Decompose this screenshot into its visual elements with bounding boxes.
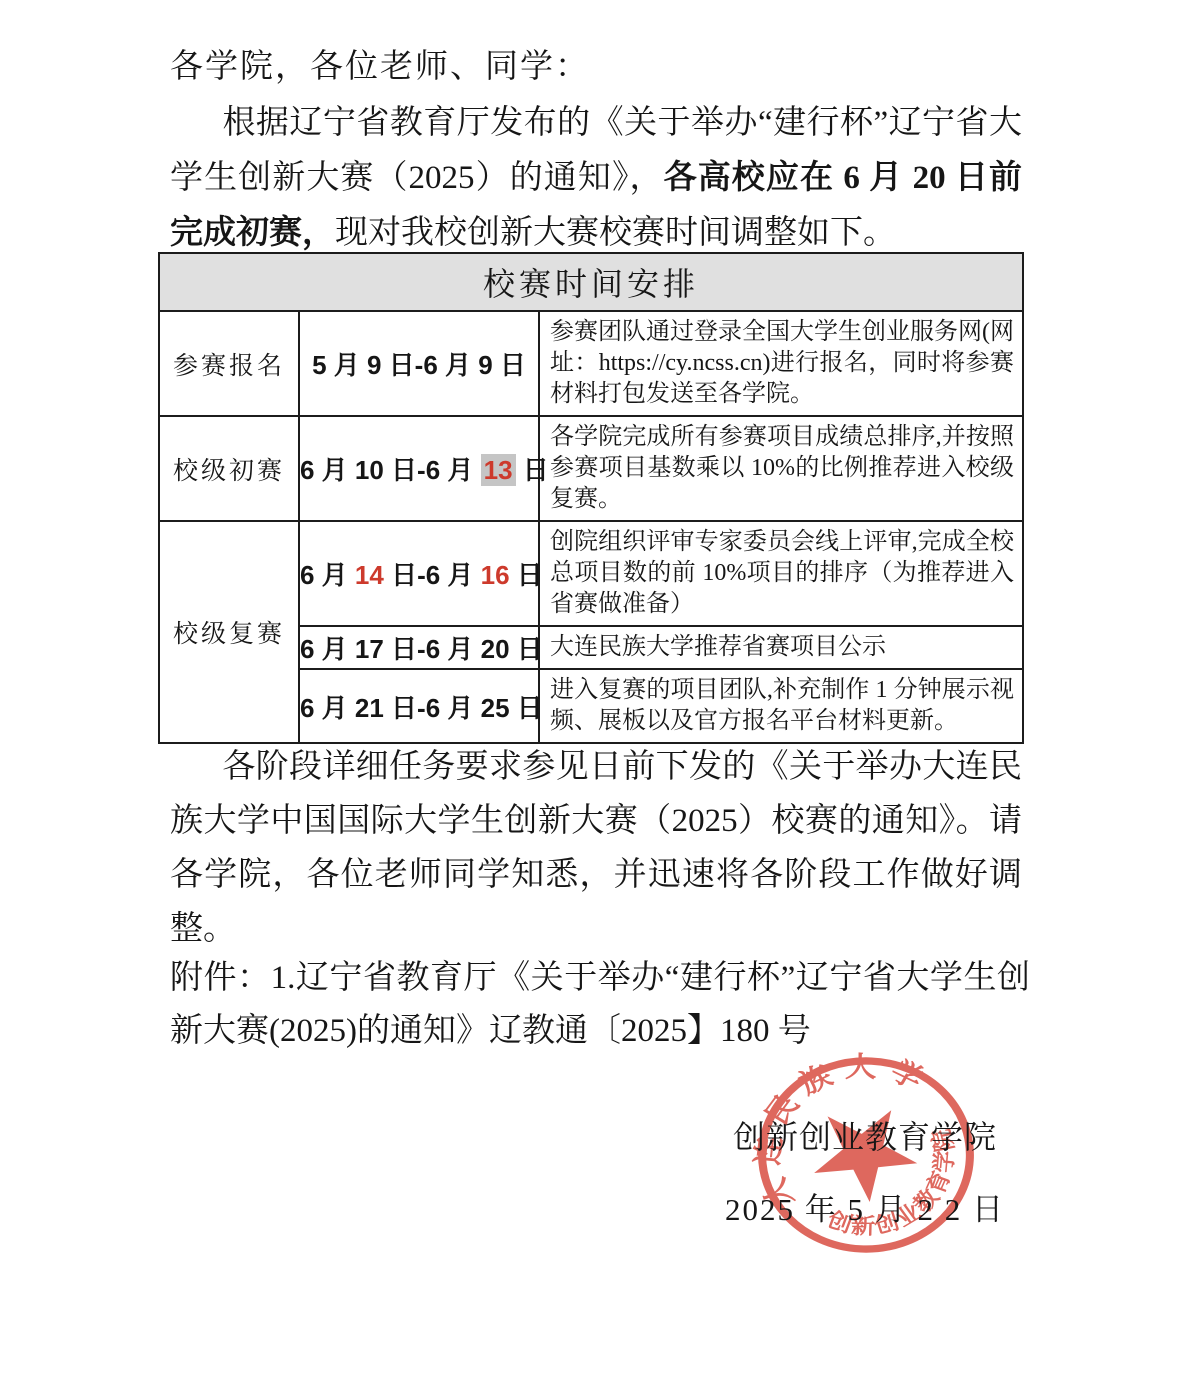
date-semifinal-review: 6 月 14 日-6 月 16 日 (299, 521, 539, 626)
desc-materials: 进入复赛的项目团队,补充制作 1 分钟展示视频、展板以及官方报名平台材料更新。 (539, 669, 1023, 743)
stage-preliminary: 校级初赛 (159, 416, 299, 521)
intro-paragraph: 根据辽宁省教育厅发布的《关于举办“建行杯”辽宁省大学生创新大赛（2025）的通知… (170, 96, 1022, 261)
desc-registration: 参赛团队通过登录全国大学生创业服务网(网址：https://cy.ncss.cn… (539, 311, 1023, 416)
date-text: 日 (510, 560, 543, 590)
signature-org: 创新创业教育学院 (700, 1112, 1030, 1158)
attachment-line: 附件：1.辽宁省教育厅《关于举办“建行杯”辽宁省大学生创新大赛(2025)的通知… (170, 952, 1030, 1058)
date-text: 6 月 10 日-6 月 (300, 455, 481, 485)
intro-text-normal-2: 现对我校创新大赛校赛时间调整如下。 (335, 215, 896, 251)
date-text: 日-6 月 (384, 560, 481, 590)
date-red-14: 14 (355, 560, 384, 590)
table-title: 校赛时间安排 (159, 253, 1023, 311)
date-red-16: 16 (481, 560, 510, 590)
date-registration: 5 月 9 日-6 月 9 日 (299, 311, 539, 416)
signature-date: 2025 年 5 月 2 2 日 (700, 1184, 1030, 1229)
date-publicity: 6 月 17 日-6 月 20 日 (299, 626, 539, 669)
desc-semifinal-review: 创院组织评审专家委员会线上评审,完成全校总项目数的前 10%项目的排序（为推荐进… (539, 521, 1023, 626)
table-header-row: 校赛时间安排 (159, 253, 1023, 311)
signature-block: 创新创业教育学院 2025 年 5 月 2 2 日 (700, 1112, 1030, 1229)
stage-semifinal: 校级复赛 (159, 521, 299, 743)
date-text: 6 月 (300, 560, 355, 590)
table-row: 参赛报名 5 月 9 日-6 月 9 日 参赛团队通过登录全国大学生创业服务网(… (159, 311, 1023, 416)
notice-document: 各学院，各位老师、同学： 根据辽宁省教育厅发布的《关于举办“建行杯”辽宁省大学生… (0, 0, 1179, 1388)
detail-text: 各阶段详细任务要求参见日前下发的《关于举办大连民族大学中国国际大学生创新大赛（2… (170, 749, 1022, 947)
date-preliminary: 6 月 10 日-6 月 13 日 (299, 416, 539, 521)
stage-registration: 参赛报名 (159, 311, 299, 416)
desc-publicity: 大连民族大学推荐省赛项目公示 (539, 626, 1023, 669)
detail-paragraph: 各阶段详细任务要求参见日前下发的《关于举办大连民族大学中国国际大学生创新大赛（2… (170, 740, 1022, 956)
date-text: 日 (516, 455, 549, 485)
date-materials: 6 月 21 日-6 月 25 日 (299, 669, 539, 743)
greeting-line: 各学院，各位老师、同学： (170, 40, 1030, 87)
desc-preliminary: 各学院完成所有参赛项目成绩总排序,并按照参赛项目基数乘以 10%的比例推荐进入校… (539, 416, 1023, 521)
schedule-table: 校赛时间安排 参赛报名 5 月 9 日-6 月 9 日 参赛团队通过登录全国大学… (158, 252, 1024, 744)
table-row: 校级复赛 6 月 14 日-6 月 16 日 创院组织评审专家委员会线上评审,完… (159, 521, 1023, 626)
table-row: 校级初赛 6 月 10 日-6 月 13 日 各学院完成所有参赛项目成绩总排序,… (159, 416, 1023, 521)
date-highlighted-13: 13 (481, 454, 516, 486)
